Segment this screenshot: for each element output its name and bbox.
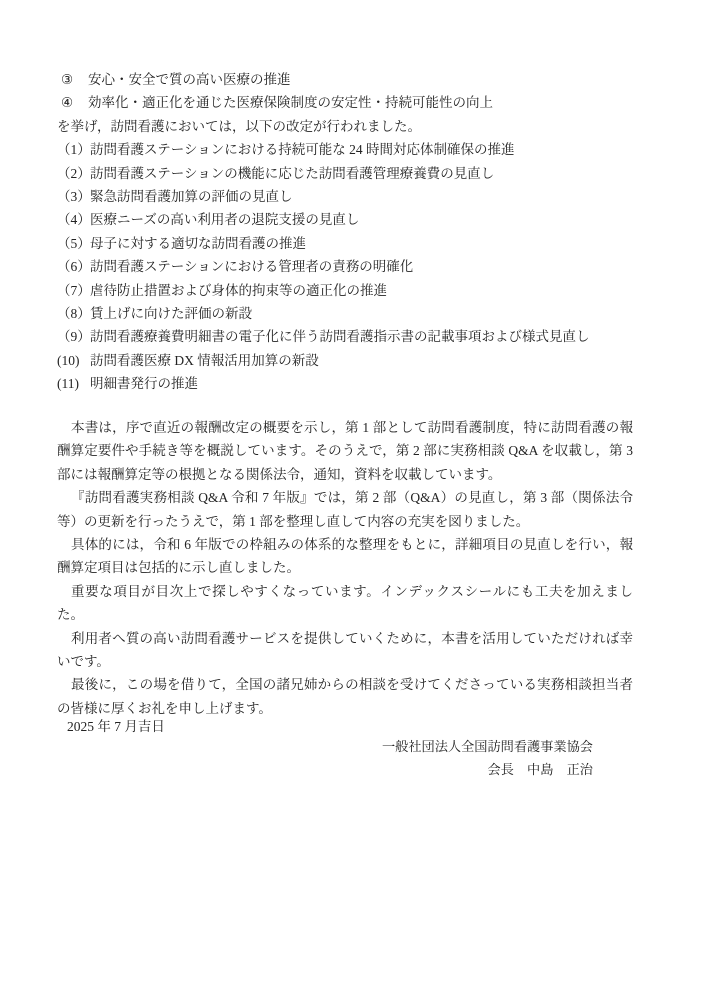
revision-item-text: 賃上げに向けた評価の新設 [90,306,252,321]
item-number: （9） [57,325,90,348]
circled-number-3: ③ [61,68,88,91]
item-number: （3） [57,185,90,208]
item-number: （1） [57,138,90,161]
organization-name: 一般社団法人全国訪問看護事業協会 [57,735,593,758]
paragraph-index: 重要な項目が目次上で探しやすくなっています。インデックスシールにも工夫を加えまし… [57,580,633,627]
item-number: （4） [57,208,90,231]
revision-item-text: 訪問看護ステーションにおける管理者の責務の明確化 [90,259,413,274]
revision-item-text: 医療ニーズの高い利用者の退院支援の見直し [90,212,359,227]
circled-number-4: ④ [61,91,88,114]
revision-item-row: （7）虐待防止措置および身体的拘束等の適正化の推進 [57,279,633,302]
paragraph-edition: 『訪問看護実務相談 Q&A 令和 7 年版』では，第 2 部（Q&A）の見直し，… [57,486,633,533]
revision-item-text: 訪問看護ステーションにおける持続可能な 24 時間対応体制確保の推進 [90,142,514,157]
preface-body: 本書は，序で直近の報酬改定の概要を示し，第 1 部として訪問看護制度，特に訪問看… [57,416,633,720]
revision-item-row: (10)訪問看護医療 DX 情報活用加算の新設 [57,349,633,372]
item-number: （6） [57,255,90,278]
paragraph-overview: 本書は，序で直近の報酬改定の概要を示し，第 1 部として訪問看護制度，特に訪問看… [57,416,633,486]
item-number: （8） [57,302,90,325]
revision-item-text: 訪問看護医療 DX 情報活用加算の新設 [90,353,319,368]
revision-item-row: （9）訪問看護療養費明細書の電子化に伴う訪問看護指示書の記載事項および様式見直し [57,325,633,348]
item-number: （7） [57,279,90,302]
revision-item-text: 明細書発行の推進 [90,376,198,391]
revision-item-row: (11)明細書発行の推進 [57,372,633,395]
revision-item-row: （1）訪問看護ステーションにおける持続可能な 24 時間対応体制確保の推進 [57,138,633,161]
document-page: ③安心・安全で質の高い医療の推進 ④効率化・適正化を通じた医療保険制度の安定性・… [0,0,707,1000]
policy-goal-text: 効率化・適正化を通じた医療保険制度の安定性・持続可能性の向上 [88,95,493,110]
revision-item-row: （2）訪問看護ステーションの機能に応じた訪問看護管理療養費の見直し [57,162,633,185]
revision-item-text: 虐待防止措置および身体的拘束等の適正化の推進 [90,283,387,298]
revision-item-row: （5）母子に対する適切な訪問看護の推進 [57,232,633,255]
revision-item-text: 母子に対する適切な訪問看護の推進 [90,236,306,251]
revision-item-row: （3）緊急訪問看護加算の評価の見直し [57,185,633,208]
revision-item-text: 訪問看護療養費明細書の電子化に伴う訪問看護指示書の記載事項および様式見直し [90,329,590,344]
signature-block: 一般社団法人全国訪問看護事業協会 会長 中島 正治 [57,735,593,782]
revision-item-text: 緊急訪問看護加算の評価の見直し [90,189,293,204]
policy-goal-row: ③安心・安全で質の高い医療の推進 [57,68,633,91]
paragraph-details: 具体的には，令和 6 年版での枠組みの体系的な整理をもとに，詳細項目の見直しを行… [57,533,633,580]
item-number: （5） [57,232,90,255]
page-content: ③安心・安全で質の高い医療の推進 ④効率化・適正化を通じた医療保険制度の安定性・… [57,0,633,1000]
lead-sentence: を挙げ，訪問看護においては，以下の改定が行われました。 [57,115,633,138]
president-name: 会長 中島 正治 [57,758,593,781]
revision-item-text: 訪問看護ステーションの機能に応じた訪問看護管理療養費の見直し [90,166,494,181]
revision-item-row: （8）賃上げに向けた評価の新設 [57,302,633,325]
paragraph-thanks: 最後に，この場を借りて，全国の諸兄姉からの相談を受けてくださっている実務相談担当… [57,673,633,720]
revision-item-row: （6）訪問看護ステーションにおける管理者の責務の明確化 [57,255,633,278]
revision-item-row: （4）医療ニーズの高い利用者の退院支援の見直し [57,208,633,231]
paragraph-hope: 利用者へ質の高い訪問看護サービスを提供していくために，本書を活用していただければ… [57,627,633,674]
revision-overview-list: ③安心・安全で質の高い医療の推進 ④効率化・適正化を通じた医療保険制度の安定性・… [57,68,633,396]
item-number: (10) [57,349,90,372]
policy-goal-text: 安心・安全で質の高い医療の推進 [88,72,291,87]
item-number: （2） [57,162,90,185]
policy-goal-row: ④効率化・適正化を通じた医療保険制度の安定性・持続可能性の向上 [57,91,633,114]
item-number: (11) [57,372,90,395]
